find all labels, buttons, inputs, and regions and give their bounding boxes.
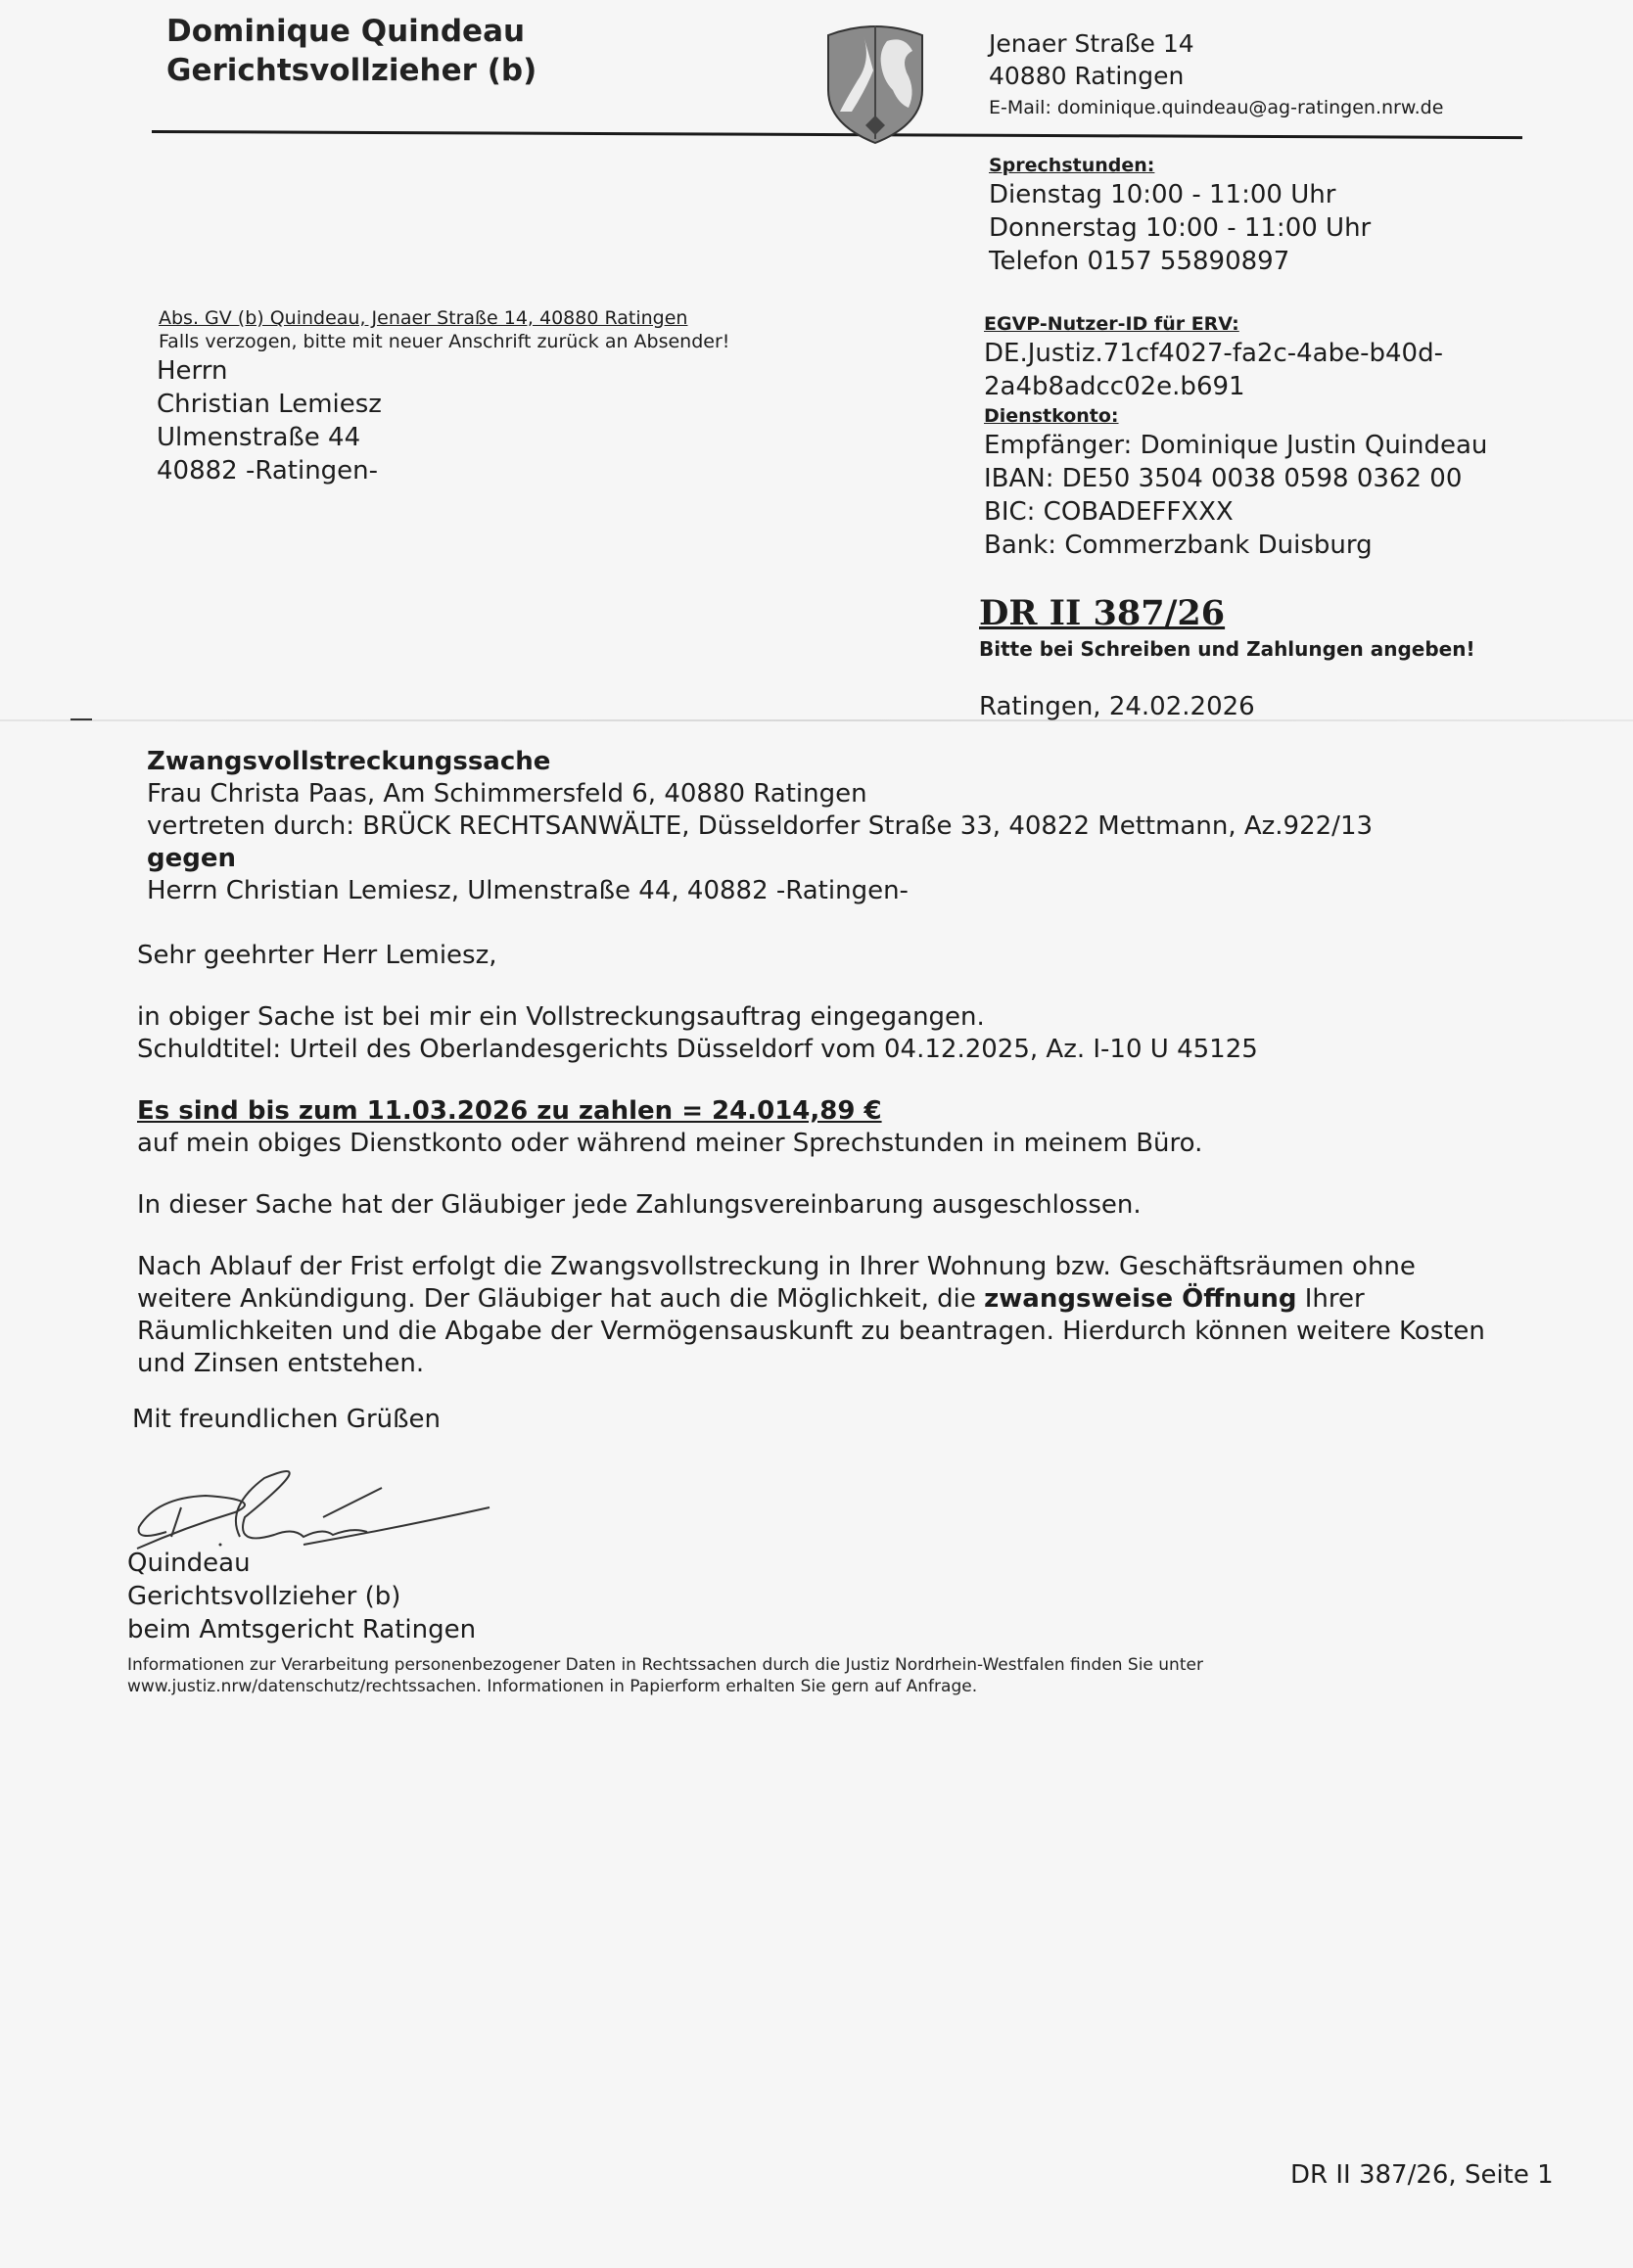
signer-court: beim Amtsgericht Ratingen bbox=[127, 1613, 476, 1646]
address-city: 40880 Ratingen bbox=[989, 60, 1443, 92]
recipient-address: Herrn Christian Lemiesz Ulmenstraße 44 4… bbox=[157, 354, 382, 487]
against-label: gegen bbox=[147, 844, 236, 873]
case-block: Zwangsvollstreckungssache Frau Christa P… bbox=[147, 746, 1373, 907]
order-received: in obiger Sache ist bei mir ein Vollstre… bbox=[137, 1002, 985, 1032]
account-bank: Bank: Commerzbank Duisburg bbox=[984, 529, 1487, 562]
account-recipient: Empfänger: Dominique Justin Quindeau bbox=[984, 429, 1487, 462]
sender-address: Jenaer Straße 14 40880 Ratingen E-Mail: … bbox=[989, 27, 1443, 124]
place-date: Ratingen, 24.02.2026 bbox=[979, 692, 1255, 721]
sender-line: Abs. GV (b) Quindeau, Jenaer Straße 14, … bbox=[159, 306, 729, 330]
paragraph-amount: Es sind bis zum 11.03.2026 zu zahlen = 2… bbox=[137, 1095, 1488, 1160]
privacy-notice: Informationen zur Verarbeitung personenb… bbox=[127, 1654, 1203, 1697]
debtor: Herrn Christian Lemiesz, Ulmenstraße 44,… bbox=[147, 875, 1373, 907]
reference-number: DR II 387/26 bbox=[979, 592, 1475, 635]
title-of-debt: Schuldtitel: Urteil des Oberlandesgerich… bbox=[137, 1035, 1258, 1064]
case-heading: Zwangsvollstreckungssache bbox=[147, 747, 550, 776]
nrw-coat-of-arms-icon bbox=[822, 22, 928, 145]
recipient-city: 40882 -Ratingen- bbox=[157, 454, 382, 487]
creditor-representative: vertreten durch: BRÜCK RECHTSANWÄLTE, Dü… bbox=[147, 810, 1373, 843]
paragraph-no-agreement: In dieser Sache hat der Gläubiger jede Z… bbox=[137, 1189, 1488, 1222]
paragraph-consequences: Nach Ablauf der Frist erfolgt die Zwangs… bbox=[137, 1251, 1488, 1380]
forced-opening: zwangsweise Öffnung bbox=[984, 1284, 1296, 1314]
paper-fold bbox=[0, 719, 1633, 721]
return-address: Abs. GV (b) Quindeau, Jenaer Straße 14, … bbox=[159, 306, 729, 353]
sender-name: Dominique Quindeau bbox=[166, 12, 537, 51]
account-heading: Dienstkonto: bbox=[984, 403, 1487, 429]
egvp-account-block: EGVP-Nutzer-ID für ERV: DE.Justiz.71cf40… bbox=[984, 311, 1487, 562]
email-link[interactable]: E-Mail: dominique.quindeau@ag-ratingen.n… bbox=[989, 92, 1443, 124]
account-bic: BIC: COBADEFFXXX bbox=[984, 495, 1487, 529]
payment-method: auf mein obiges Dienstkonto oder während… bbox=[137, 1129, 1202, 1158]
signer-name: Quindeau bbox=[127, 1547, 476, 1580]
signer-title: Gerichtsvollzieher (b) bbox=[127, 1580, 476, 1613]
closing: Mit freundlichen Grüßen bbox=[132, 1405, 441, 1434]
letterhead: Dominique Quindeau Gerichtsvollzieher (b… bbox=[166, 12, 537, 90]
privacy-link[interactable]: www.justiz.nrw/datenschutz/rechtssachen.… bbox=[127, 1676, 1203, 1697]
egvp-id: DE.Justiz.71cf4027-fa2c-4abe-b40d- bbox=[984, 337, 1487, 370]
address-street: Jenaer Straße 14 bbox=[989, 27, 1443, 60]
sender-title: Gerichtsvollzieher (b) bbox=[166, 51, 537, 90]
egvp-heading: EGVP-Nutzer-ID für ERV: bbox=[984, 311, 1487, 337]
fold-mark bbox=[70, 718, 92, 720]
privacy-line: Informationen zur Verarbeitung personenb… bbox=[127, 1654, 1203, 1676]
office-hours: Sprechstunden: Dienstag 10:00 - 11:00 Uh… bbox=[989, 153, 1371, 278]
office-hours-line: Dienstag 10:00 - 11:00 Uhr bbox=[989, 178, 1371, 211]
recipient-street: Ulmenstraße 44 bbox=[157, 421, 382, 454]
recipient-salutation: Herrn bbox=[157, 354, 382, 388]
recipient-name: Christian Lemiesz bbox=[157, 388, 382, 421]
reference-hint: Bitte bei Schreiben und Zahlungen angebe… bbox=[979, 635, 1475, 663]
creditor: Frau Christa Paas, Am Schimmersfeld 6, 4… bbox=[147, 778, 1373, 810]
office-hours-line: Donnerstag 10:00 - 11:00 Uhr bbox=[989, 211, 1371, 245]
return-note: Falls verzogen, bitte mit neuer Anschrif… bbox=[159, 330, 729, 353]
reference-block: DR II 387/26 Bitte bei Schreiben und Zah… bbox=[979, 592, 1475, 663]
office-hours-heading: Sprechstunden: bbox=[989, 153, 1371, 178]
letter-body: Sehr geehrter Herr Lemiesz, in obiger Sa… bbox=[137, 940, 1488, 1410]
page-footer: DR II 387/26, Seite 1 bbox=[1290, 2160, 1554, 2190]
account-iban: IBAN: DE50 3504 0038 0598 0362 00 bbox=[984, 462, 1487, 495]
paragraph-order: in obiger Sache ist bei mir ein Vollstre… bbox=[137, 1001, 1488, 1066]
phone-number: Telefon 0157 55890897 bbox=[989, 245, 1371, 278]
amount-due: Es sind bis zum 11.03.2026 zu zahlen = 2… bbox=[137, 1096, 882, 1126]
greeting: Sehr geehrter Herr Lemiesz, bbox=[137, 940, 1488, 972]
egvp-id-cont: 2a4b8adcc02e.b691 bbox=[984, 370, 1487, 403]
signer-block: Quindeau Gerichtsvollzieher (b) beim Amt… bbox=[127, 1547, 476, 1646]
